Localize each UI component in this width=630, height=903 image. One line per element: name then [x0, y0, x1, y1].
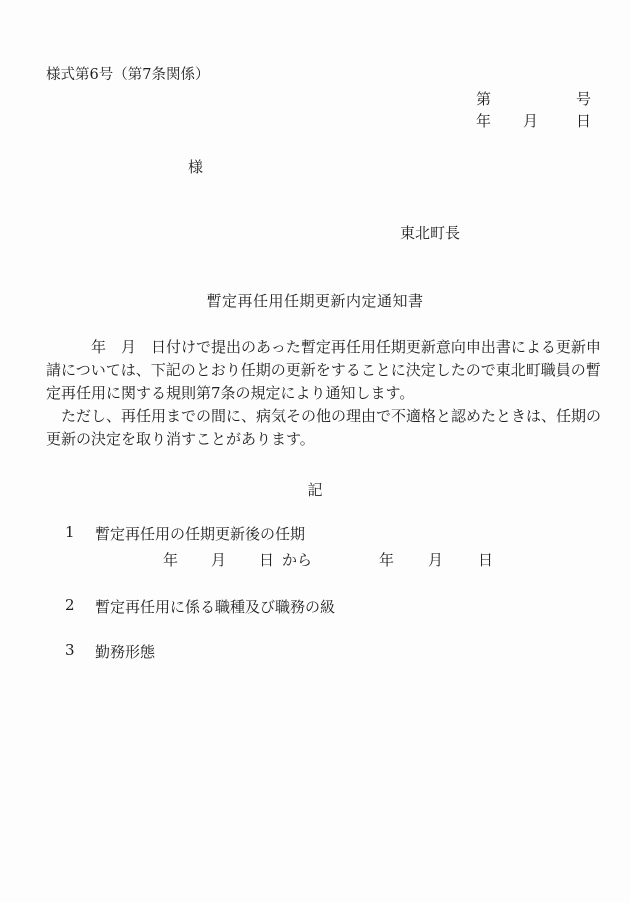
document-page: 様式第6号（第7条関係） 第 号 年 月 日 様 東北町長 暫定再任用任期更新内…: [0, 0, 630, 903]
record-marker: 記: [0, 479, 630, 500]
item-2-number: 2: [65, 596, 75, 614]
addressee-honorific: 様: [188, 156, 203, 177]
term-connector-label: から: [282, 549, 312, 570]
item-2-label: 暫定再任用に係る職種及び職務の級: [95, 596, 335, 617]
item-1-label: 暫定再任用の任期更新後の任期: [95, 523, 305, 544]
term-from-month-label: 月: [211, 549, 226, 570]
item-1-number: 1: [65, 523, 75, 541]
issue-date-day-label: 日: [576, 110, 591, 131]
issue-date-year-label: 年: [476, 110, 491, 131]
term-from-year-label: 年: [163, 549, 178, 570]
document-title: 暫定再任用任期更新内定通知書: [0, 290, 630, 311]
item-3-number: 3: [65, 641, 75, 659]
term-to-day-label: 日: [478, 549, 493, 570]
term-to-year-label: 年: [379, 549, 394, 570]
body-paragraph: 年 月 日付けで提出のあった暫定再任用任期更新意向申出書による更新申 請について…: [46, 336, 601, 451]
sender-name: 東北町長: [400, 222, 460, 243]
issue-date-month-label: 月: [523, 110, 538, 131]
doc-number-prefix-label: 第: [476, 88, 491, 109]
doc-number-unit-label: 号: [576, 88, 591, 109]
form-number: 様式第6号（第7条関係）: [46, 63, 209, 84]
term-to-month-label: 月: [428, 549, 443, 570]
term-from-day-label: 日: [259, 549, 274, 570]
item-3-label: 勤務形態: [95, 641, 155, 662]
